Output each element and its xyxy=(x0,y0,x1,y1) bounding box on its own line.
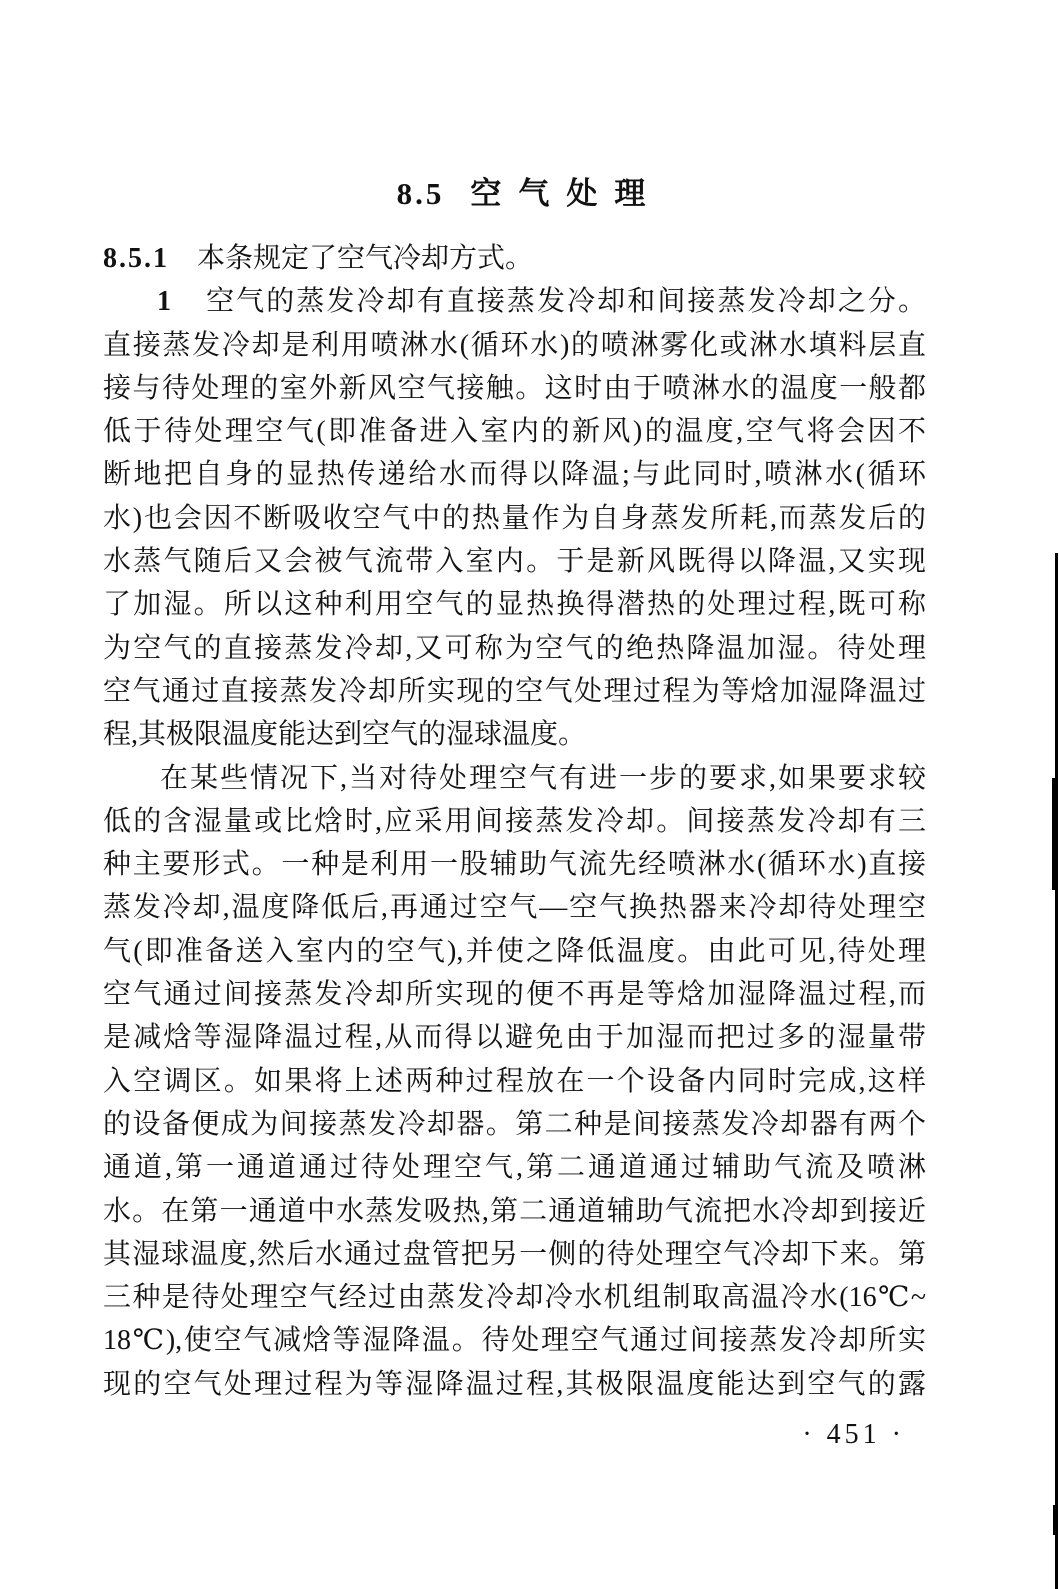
text-line: 断地把自身的显热传递给水而得以降温;与此同时,喷淋水(循环 xyxy=(103,453,926,496)
text-line: 空气通过直接蒸发冷却所实现的空气处理过程为等焓加湿降温过 xyxy=(103,670,926,713)
text-line: 三种是待处理空气经过由蒸发冷却冷水机组制取高温冷水(16℃~ xyxy=(103,1276,926,1319)
text-line: 水。在第一通道中水蒸发吸热,第二通道辅助气流把水冷却到接近 xyxy=(103,1190,926,1233)
text-line: 为空气的直接蒸发冷却,又可称为空气的绝热降温加湿。待处理 xyxy=(103,627,926,670)
item-lead-text: 空气的蒸发冷却有直接蒸发冷却和间接蒸发冷却之分。 xyxy=(204,286,926,317)
item-lead-line: 1空气的蒸发冷却有直接蒸发冷却和间接蒸发冷却之分。 xyxy=(103,280,926,323)
text-line: 现的空气处理过程为等湿降温过程,其极限温度能达到空气的露 xyxy=(103,1363,926,1406)
text-line: 接与待处理的室外新风空气接触。这时由于喷淋水的温度一般都 xyxy=(103,367,926,410)
text-line: 入空调区。如果将上述两种过程放在一个设备内同时完成,这样 xyxy=(103,1060,926,1103)
scan-edge-artifact-blob xyxy=(1052,778,1058,890)
text-line: 直接蒸发冷却是利用喷淋水(循环水)的喷淋雾化或淋水填料层直 xyxy=(103,324,926,367)
section-title: 空气处理 xyxy=(470,176,662,211)
text-line: 低于待处理空气(即准备进入室内的新风)的温度,空气将会因不 xyxy=(103,410,926,453)
clause-line: 8.5.1本条规定了空气冷却方式。 xyxy=(103,237,926,280)
page-number: · 451 · xyxy=(802,1419,905,1451)
text-line: 18℃),使空气减焓等湿降温。待处理空气通过间接蒸发冷却所实 xyxy=(103,1319,926,1362)
text-line: 了加湿。所以这种利用空气的显热换得潜热的处理过程,既可称 xyxy=(103,583,926,626)
scanned-document-page: 8.5空气处理 8.5.1本条规定了空气冷却方式。 1空气的蒸发冷却有直接蒸发冷… xyxy=(0,0,1059,1589)
text-line: 通道,第一通道通过待处理空气,第二通道通过辅助气流及喷淋 xyxy=(103,1146,926,1189)
scan-edge-artifact-blob xyxy=(1053,1505,1058,1535)
paragraph-first-line: 在某些情况下,当对待处理空气有进一步的要求,如果要求较 xyxy=(103,757,926,800)
item-number: 1 xyxy=(157,286,171,317)
text-line: 种主要形式。一种是利用一股辅助气流先经喷淋水(循环水)直接 xyxy=(103,843,926,886)
section-number: 8.5 xyxy=(397,176,445,211)
text-line: 水)也会因不断吸收空气中的热量作为自身蒸发所耗,而蒸发后的 xyxy=(103,497,926,540)
body-text: 8.5.1本条规定了空气冷却方式。 1空气的蒸发冷却有直接蒸发冷却和间接蒸发冷却… xyxy=(103,237,926,1406)
text-line: 气(即准备送入室内的空气),并使之降低温度。由此可见,待处理 xyxy=(103,930,926,973)
text-line: 蒸发冷却,温度降低后,再通过空气—空气换热器来冷却待处理空 xyxy=(103,886,926,929)
text-line: 水蒸气随后又会被气流带入室内。于是新风既得以降温,又实现 xyxy=(103,540,926,583)
text-line: 的设备便成为间接蒸发冷却器。第二种是间接蒸发冷却器有两个 xyxy=(103,1103,926,1146)
text-line: 其湿球温度,然后水通过盘管把另一侧的待处理空气冷却下来。第 xyxy=(103,1233,926,1276)
section-heading: 8.5空气处理 xyxy=(0,168,1059,213)
clause-number: 8.5.1 xyxy=(103,243,169,274)
text-line: 空气通过间接蒸发冷却所实现的便不再是等焓加湿降温过程,而 xyxy=(103,973,926,1016)
text-line: 是减焓等湿降温过程,从而得以避免由于加湿而把过多的湿量带 xyxy=(103,1016,926,1059)
text-line: 程,其极限温度能达到空气的湿球温度。 xyxy=(103,713,926,756)
scan-edge-artifact xyxy=(1055,553,1058,1589)
clause-text: 本条规定了空气冷却方式。 xyxy=(197,243,533,274)
text-line: 低的含湿量或比焓时,应采用间接蒸发冷却。间接蒸发冷却有三 xyxy=(103,800,926,843)
